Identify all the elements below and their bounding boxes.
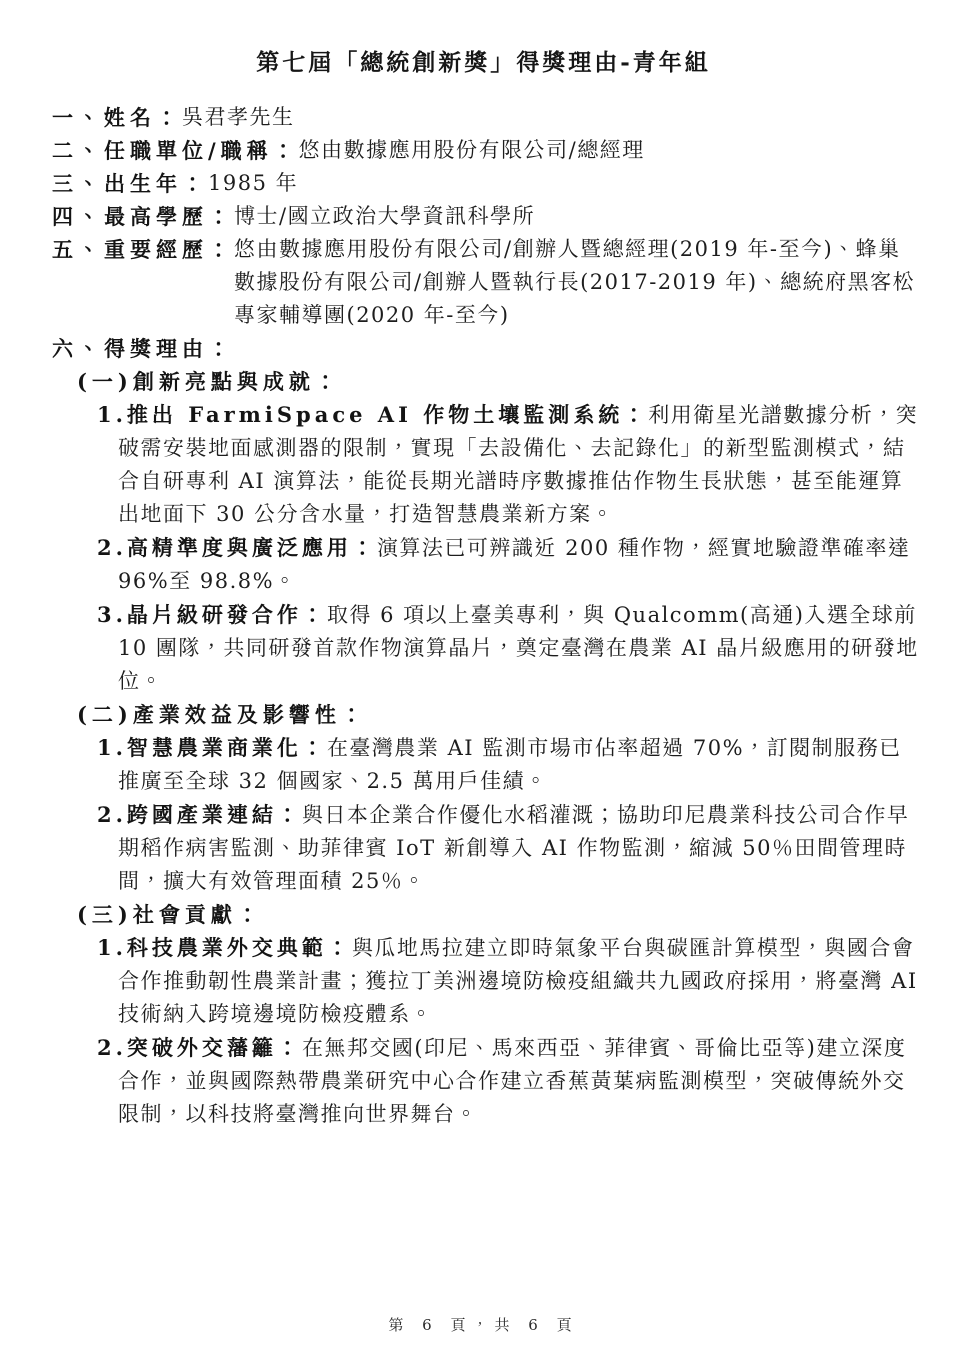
field-label: 一、姓名：	[52, 101, 182, 134]
field-row-experience: 五、重要經歷： 悠由數據應用股份有限公司/創辦人暨總經理(2019 年-至今)、…	[52, 233, 921, 332]
item-label: 1.智慧農業商業化：	[97, 735, 327, 760]
field-label: 二、任職單位/職稱：	[52, 134, 299, 167]
item-label: 1.科技農業外交典範：	[97, 935, 352, 960]
item-label: 3.晶片級研發合作：	[97, 602, 327, 627]
item-label: 2.高精準度與廣泛應用：	[97, 535, 377, 560]
field-row-name: 一、姓名： 吳君孝先生	[52, 101, 921, 134]
field-row-education: 四、最高學歷： 博士/國立政治大學資訊科學所	[52, 200, 921, 233]
document-body: 一、姓名： 吳君孝先生 二、任職單位/職稱： 悠由數據應用股份有限公司/總經理 …	[0, 77, 967, 1131]
award-reason-heading: 六、得獎理由：	[52, 332, 921, 365]
field-row-employer: 二、任職單位/職稱： 悠由數據應用股份有限公司/總經理	[52, 134, 921, 167]
field-value: 悠由數據應用股份有限公司/總經理	[299, 134, 921, 167]
award-item: 1.科技農業外交典範：與瓜地馬拉建立即時氣象平台與碳匯計算模型，與國合會合作推動…	[52, 931, 921, 1031]
section-heading-innovation: (一)創新亮點與成就：	[77, 365, 921, 398]
section-heading-industry: (二)產業效益及影響性：	[77, 698, 921, 731]
field-label: 五、重要經歷：	[52, 233, 234, 266]
field-label: 三、出生年：	[52, 167, 208, 200]
page-title: 第七屆「總統創新獎」得獎理由-青年組	[0, 0, 967, 77]
field-label: 四、最高學歷：	[52, 200, 234, 233]
award-item: 2.突破外交藩籬：在無邦交國(印尼、馬來西亞、菲律賓、哥倫比亞等)建立深度合作，…	[52, 1031, 921, 1131]
item-label: 2.跨國產業連結：	[97, 802, 302, 827]
document-page: 第七屆「總統創新獎」得獎理由-青年組 一、姓名： 吳君孝先生 二、任職單位/職稱…	[0, 0, 967, 1371]
section-heading-social: (三)社會貢獻：	[77, 898, 921, 931]
field-row-birth-year: 三、出生年： 1985 年	[52, 167, 921, 200]
field-value: 吳君孝先生	[182, 101, 921, 134]
award-item: 1.智慧農業商業化：在臺灣農業 AI 監測市場市佔率超過 70%，訂閱制服務已推…	[52, 731, 921, 798]
award-item: 2.跨國產業連結：與日本企業合作優化水稻灌溉；協助印尼農業科技公司合作早期稻作病…	[52, 798, 921, 898]
field-value: 1985 年	[208, 167, 921, 200]
item-label: 1.推出 FarmiSpace AI 作物土壤監測系統：	[97, 402, 648, 427]
page-footer: 第 6 頁，共 6 頁	[0, 1314, 967, 1335]
award-item: 1.推出 FarmiSpace AI 作物土壤監測系統：利用衛星光譜數據分析，突…	[52, 398, 921, 531]
field-value: 博士/國立政治大學資訊科學所	[234, 200, 921, 233]
item-label: 2.突破外交藩籬：	[97, 1035, 302, 1060]
field-value: 悠由數據應用股份有限公司/創辦人暨總經理(2019 年-至今)、蜂巢數據股份有限…	[234, 233, 921, 332]
award-item: 2.高精準度與廣泛應用：演算法已可辨識近 200 種作物，經實地驗證準確率達 9…	[52, 531, 921, 598]
award-item: 3.晶片級研發合作：取得 6 項以上臺美專利，與 Qualcomm(高通)入選全…	[52, 598, 921, 698]
